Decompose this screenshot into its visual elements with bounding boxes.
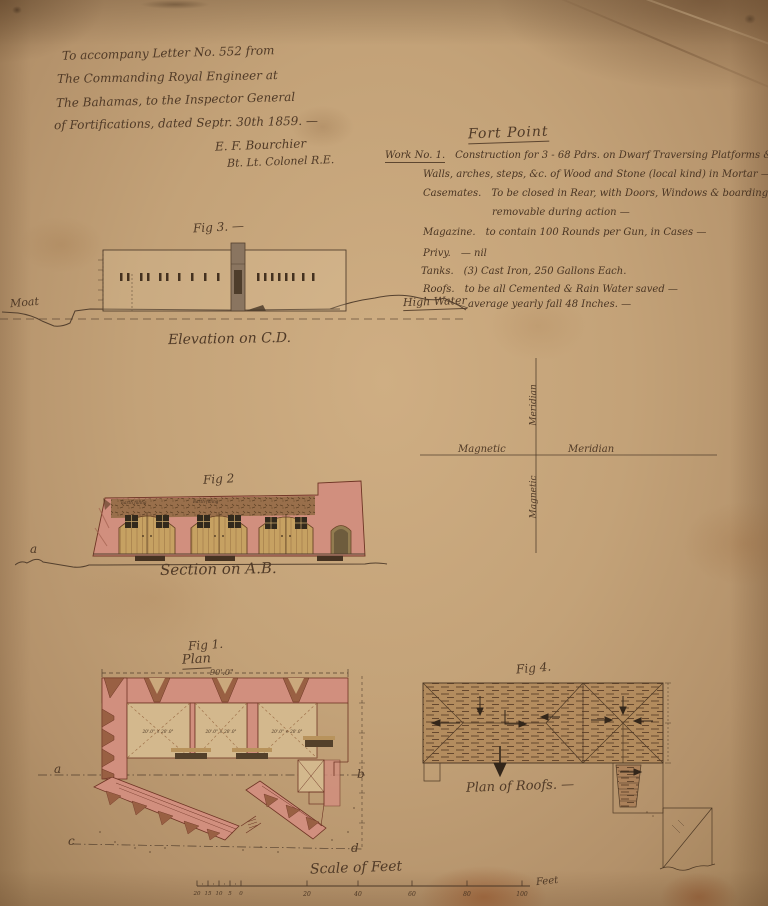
note-line-3: The Bahamas, to the Inspector General <box>56 90 295 110</box>
spec-text: removable during action — <box>492 207 630 218</box>
signature-name: E. F. Bourchier <box>215 136 307 153</box>
fig3-high-water-label: High Water <box>403 294 467 311</box>
note-line-4: of Fortifications, dated Septr. 30th 185… <box>54 114 318 133</box>
spec-text: to be all Cemented & Rain Water saved — <box>465 284 678 295</box>
spec-text: (3) Cast Iron, 250 Gallons Each. <box>464 266 627 277</box>
scale-minor-5: 5 <box>228 891 232 897</box>
spec-text: Walls, arches, steps, &c. of Wood and St… <box>423 169 768 180</box>
scale-major-60: 60 <box>408 891 416 898</box>
meridian-cross <box>415 355 725 555</box>
meridian-label-meridian: Meridian <box>568 444 614 455</box>
fig4-roof-drawing <box>410 650 760 875</box>
paper-stain <box>140 0 210 9</box>
fig1-letter-d: d <box>351 841 359 855</box>
scale-minor-10: 10 <box>216 891 223 897</box>
fig1-letter-a: a <box>54 762 61 776</box>
signature-rank: Bt. Lt. Colonel R.E. <box>227 153 335 170</box>
scale-minor-15: 15 <box>205 891 212 897</box>
spec-row: average yearly fall 48 Inches. — <box>468 299 631 310</box>
fig1-letter-b: b <box>357 767 365 781</box>
spec-row: Walls, arches, steps, &c. of Wood and St… <box>423 169 768 180</box>
fig1-plan-drawing: 20'.0" × 20'.0" 20'.0" × 20'.0" 20'.0" ×… <box>10 636 390 866</box>
fig3-caption: Elevation on C.D. <box>168 330 291 348</box>
spec-text: to contain 100 Rounds per Gun, in Cases … <box>486 227 707 238</box>
scale-major-40: 40 <box>353 891 362 898</box>
paper-stain <box>744 14 756 24</box>
scale-minor-0: 0 <box>239 891 243 897</box>
fig2-arch-note-1: Earth filling <box>120 500 147 505</box>
scale-major-100: 100 <box>516 891 528 898</box>
spec-heading: Fort Point <box>468 124 549 145</box>
spec-text: To be closed in Rear, with Doors, Window… <box>491 188 768 199</box>
paper-crease <box>567 0 768 60</box>
fig2-ground-letter: a <box>30 542 37 556</box>
scale-minor-20: 20 <box>193 891 201 897</box>
scale-bar: 20 15 10 5 0 20 40 60 80 100 <box>185 858 585 904</box>
meridian-vertical-top-label: Meridian <box>529 365 539 445</box>
scale-major-80: 80 <box>463 891 471 898</box>
spec-row-work: Work No. 1.Construction for 3 - 68 Pdrs.… <box>385 150 768 161</box>
fig2-arch-note-2: Earth filling <box>192 499 219 504</box>
fig1-room3-dim: 20'.0" × 20'.0" <box>271 729 303 734</box>
spec-term: Work No. 1. <box>385 150 445 163</box>
drawing-sheet: To accompany Letter No. 552 from The Com… <box>0 0 768 906</box>
meridian-label-magnetic: Magnetic <box>458 444 506 455</box>
spec-row: removable during action — <box>492 207 630 218</box>
paper-stain <box>12 6 22 14</box>
fig3-moat-label: Moat <box>9 295 39 310</box>
note-line-1: To accompany Letter No. 552 from <box>62 43 275 63</box>
paper-crease <box>532 0 768 105</box>
scale-major-20: 20 <box>302 891 311 898</box>
fig1-room2-dim: 20'.0" × 20'.0" <box>205 729 237 734</box>
note-line-2: The Commanding Royal Engineer at <box>57 68 278 86</box>
fig1-room1-dim: 20'.0" × 20'.0" <box>142 729 174 734</box>
spec-term: Casemates. <box>423 188 481 199</box>
scale-unit-label: Feet <box>535 875 558 888</box>
spec-row-casemates: Casemates.To be closed in Rear, with Doo… <box>423 188 768 199</box>
fig3-loopholes <box>120 273 315 281</box>
spec-text: Construction for 3 - 68 Pdrs. on Dwarf T… <box>455 150 768 161</box>
meridian-vertical-bottom-label: Magnetic <box>529 457 539 537</box>
fig1-letter-c: c <box>68 834 75 848</box>
spec-text: average yearly fall 48 Inches. — <box>468 299 631 310</box>
fig2-caption: Section on A.B. <box>160 559 277 579</box>
